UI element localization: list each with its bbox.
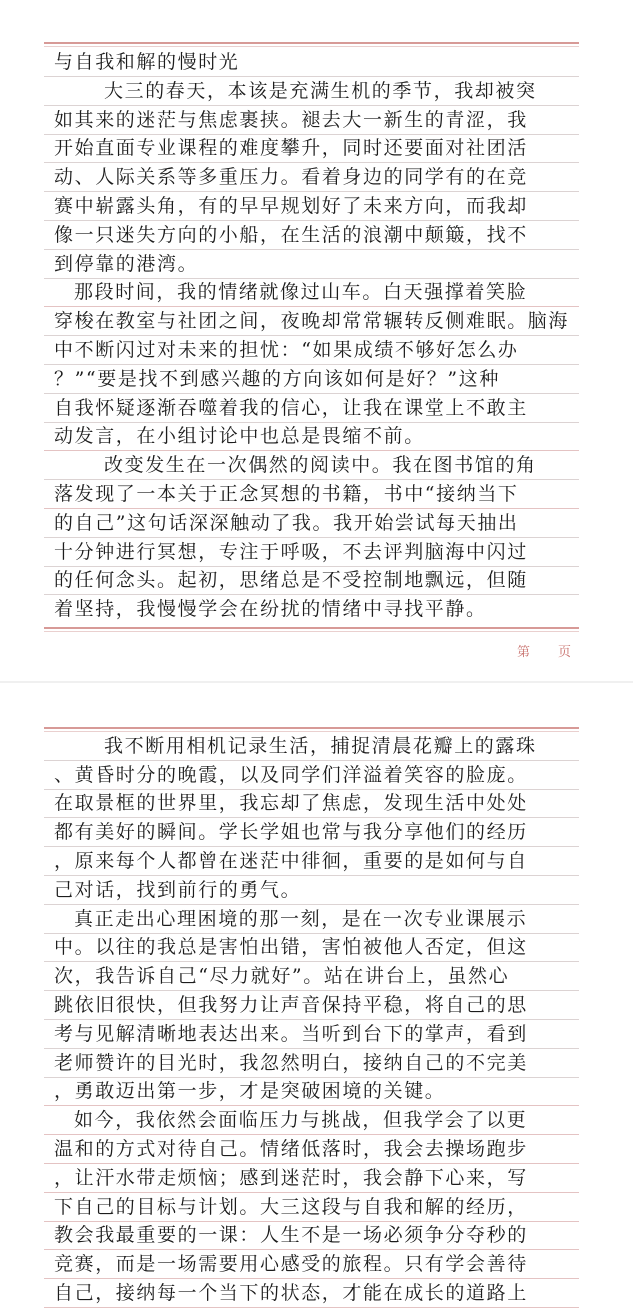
text-line: 改变发生在一次偶然的阅读中。我在图书馆的角: [44, 451, 579, 480]
text-line: 中。以往的我总是害怕出错，害怕被他人否定，但这: [44, 933, 579, 962]
page-divider: [0, 681, 633, 683]
text-line: 落发现了一本关于正念冥想的书籍，书中“接纳当下: [44, 480, 579, 509]
text-line: 中不断闪过对未来的担忧：“如果成绩不够好怎么办: [44, 336, 579, 365]
text-line: ，勇敢迈出第一步，才是突破困境的关键。: [44, 1077, 579, 1106]
text-line: 自我怀疑逐渐吞噬着我的信心，让我在课堂上不敢主: [44, 394, 579, 423]
page-label-ye: 页: [558, 645, 571, 660]
text-line: 都有美好的瞬间。学长学姐也常与我分享他们的经历: [44, 818, 579, 847]
text-line: 竞赛，而是一场需要用心感受的旅程。只有学会善待: [44, 1250, 579, 1279]
text-line: 下自己的目标与计划。大三这段与自我和解的经历，: [44, 1193, 579, 1222]
notebook-page-2: 我不断用相机记录生活，捕捉清晨花瓣上的露珠 、黄昏时分的晚霞，以及同学们洋溢着笑…: [0, 690, 633, 1316]
text-line: 大三的春天，本该是充满生机的季节，我却被突: [44, 77, 579, 106]
text-line: 开始直面专业课程的难度攀升，同时还要面对社团活: [44, 134, 579, 163]
bottom-red-double-rule: [44, 627, 579, 632]
text-line: 自己，接纳每一个当下的状态，才能在成长的道路上: [44, 1279, 579, 1308]
text-line: 真正走出心理困境的那一刻，是在一次专业课展示: [44, 905, 579, 934]
text-line: ，原来每个人都曾在迷茫中徘徊，重要的是如何与自: [44, 847, 579, 876]
text-line: 穿梭在教室与社团之间，夜晚却常常辗转反侧难眠。脑海: [44, 307, 579, 336]
text-line: 老师赞许的目光时，我忽然明白，接纳自己的不完美: [44, 1049, 579, 1078]
text-line: 我不断用相机记录生活，捕捉清晨花瓣上的露珠: [44, 732, 579, 761]
text-line: 在取景框的世界里，我忘却了焦虑，发现生活中处处: [44, 789, 579, 818]
text-line: 跳依旧很快，但我努力让声音保持平稳，将自己的思: [44, 991, 579, 1020]
page-label-di: 第: [517, 645, 558, 660]
text-line: ？”“要是找不到感兴趣的方向该如何是好？”这种: [44, 365, 579, 394]
notebook-page-1: 与自我和解的慢时光 大三的春天，本该是充满生机的季节，我却被突 如其来的迷茫与焦…: [0, 0, 633, 670]
text-line: 的自己”这句话深深触动了我。我开始尝试每天抽出: [44, 509, 579, 538]
text-line: 教会我最重要的一课：人生不是一场必须争分夺秒的: [44, 1221, 579, 1250]
text-line: 那段时间，我的情绪就像过山车。白天强撑着笑脸: [44, 278, 579, 307]
text-line: 、黄昏时分的晚霞，以及同学们洋溢着笑容的脸庞。: [44, 761, 579, 790]
text-line: 十分钟进行冥想，专注于呼吸，不去评判脑海中闪过: [44, 538, 579, 567]
text-line: 温和的方式对待自己。情绪低落时，我会去操场跑步: [44, 1135, 579, 1164]
text-line: 如今，我依然会面临压力与挑战，但我学会了以更: [44, 1106, 579, 1135]
text-line: 像一只迷失方向的小船，在生活的浪潮中颠簸，找不: [44, 221, 579, 250]
text-line: 赛中崭露头角，有的早早规划好了未来方向，而我却: [44, 192, 579, 221]
text-line: 次，我告诉自己“尽力就好”。站在讲台上，虽然心: [44, 962, 579, 991]
text-line: 如其来的迷茫与焦虑裹挟。褪去大一新生的青涩，我: [44, 106, 579, 135]
page-number-label: 第页: [517, 641, 571, 660]
text-line: 己对话，找到前行的勇气。: [44, 876, 579, 905]
text-line: 的任何念头。起初，思绪总是不受控制地飘远，但随: [44, 566, 579, 595]
text-line: ，让汗水带走烦恼；感到迷茫时，我会静下心来，写: [44, 1164, 579, 1193]
text-line: 动、人际关系等多重压力。看着身边的同学有的在竞: [44, 163, 579, 192]
text-line: 着坚持，我慢慢学会在纷扰的情绪中寻找平静。: [44, 595, 579, 624]
text-line: 到停靠的港湾。: [44, 250, 579, 279]
top-red-double-rule: [44, 42, 579, 47]
text-line: 动发言，在小组讨论中也总是畏缩不前。: [44, 422, 579, 451]
essay-title: 与自我和解的慢时光: [44, 48, 579, 77]
text-line: 考与见解清晰地表达出来。当听到台下的掌声，看到: [44, 1020, 579, 1049]
